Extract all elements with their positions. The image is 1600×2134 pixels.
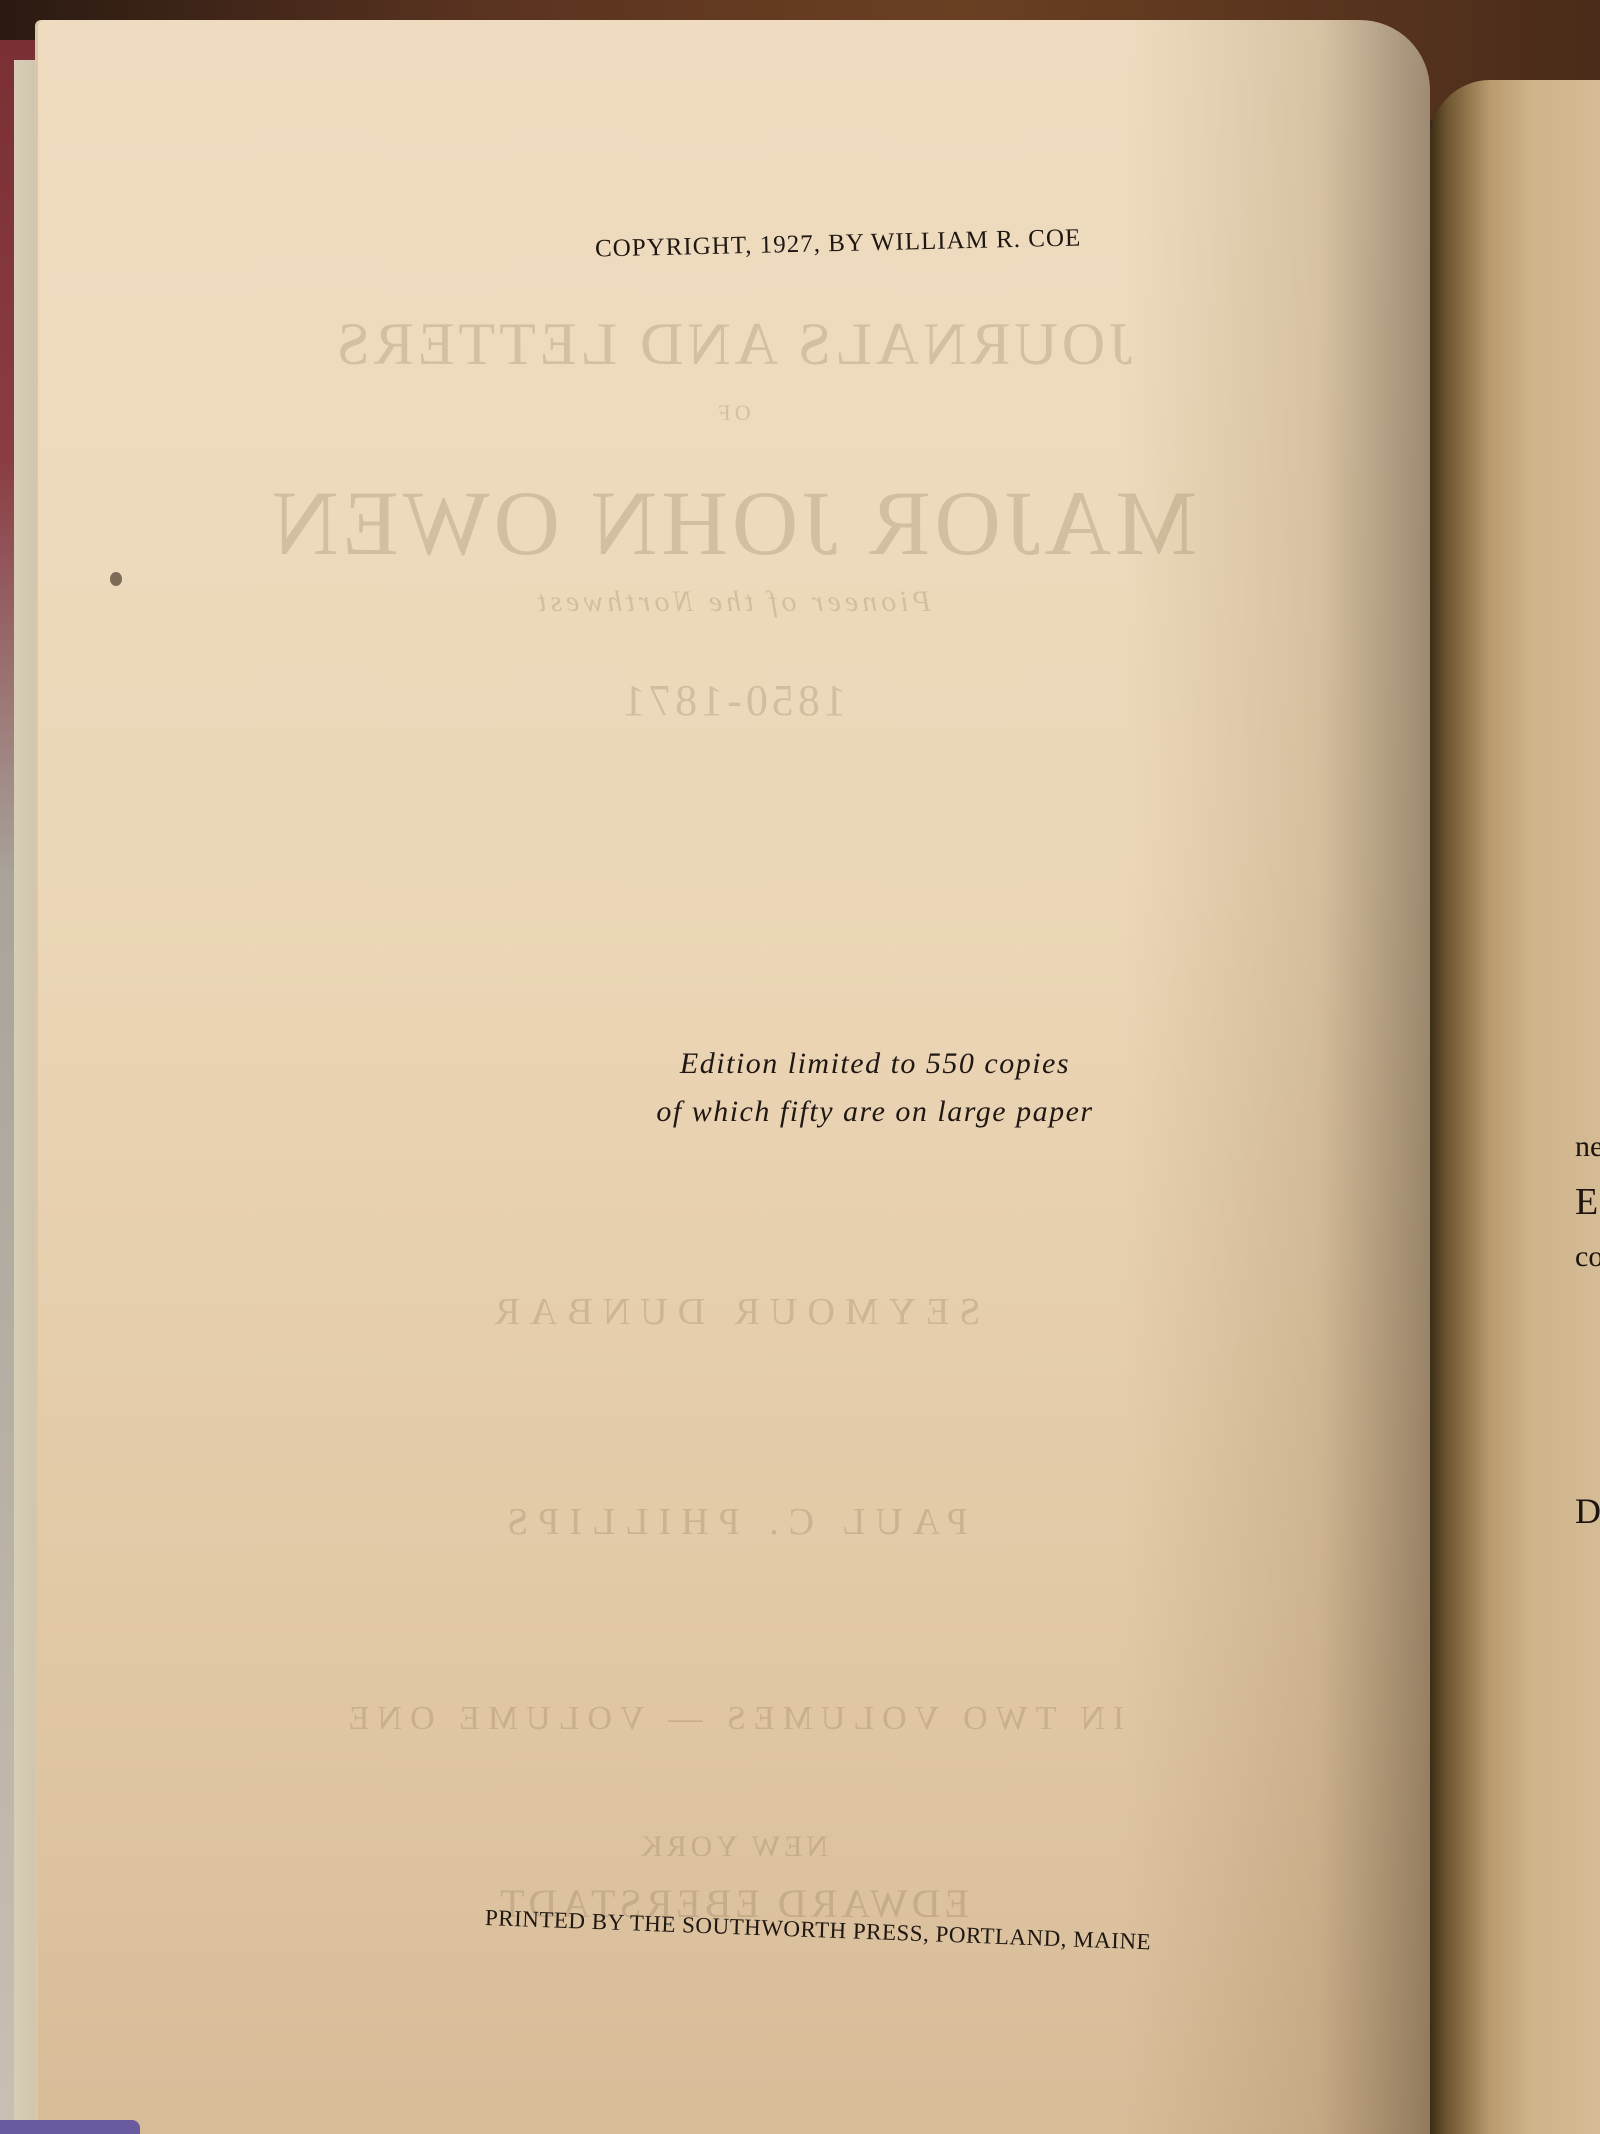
facing-fragment: co [1575,1240,1600,1274]
edition-line-2: of which fifty are on large paper [615,1088,1135,1136]
facing-fragment: ne [1575,1130,1600,1164]
ghost-subtitle: Pioneer of the Northwest [35,585,1430,619]
edition-notice: Edition limited to 550 copies of which f… [615,1040,1135,1136]
copyright-notice: COPYRIGHT, 1927, BY WILLIAM R. COE [595,224,1082,263]
ghost-of: OF [35,400,1430,426]
facing-fragment: E [1575,1180,1598,1224]
ghost-editor: SEYMOUR DUNBAR [35,1290,1430,1334]
edition-line-1: Edition limited to 550 copies [615,1040,1135,1088]
ghost-editor2: PAUL C. PHILLIPS [35,1500,1430,1544]
facing-fragment: D [1575,1490,1600,1532]
paper-spot [110,572,122,586]
copyright-page: JOURNALS AND LETTERS OF MAJOR JOHN OWEN … [35,20,1430,2134]
bookmark-ribbon [0,2120,140,2134]
ghost-name: MAJOR JOHN OWEN [35,470,1430,576]
ghost-title: JOURNALS AND LETTERS [35,310,1430,379]
ghost-place: NEW YORK [35,1830,1430,1864]
ghost-volume: IN TWO VOLUMES — VOLUME ONE [35,1700,1430,1738]
ghost-years: 1850-1871 [35,675,1430,726]
facing-page: ne E co D [1430,80,1600,2134]
